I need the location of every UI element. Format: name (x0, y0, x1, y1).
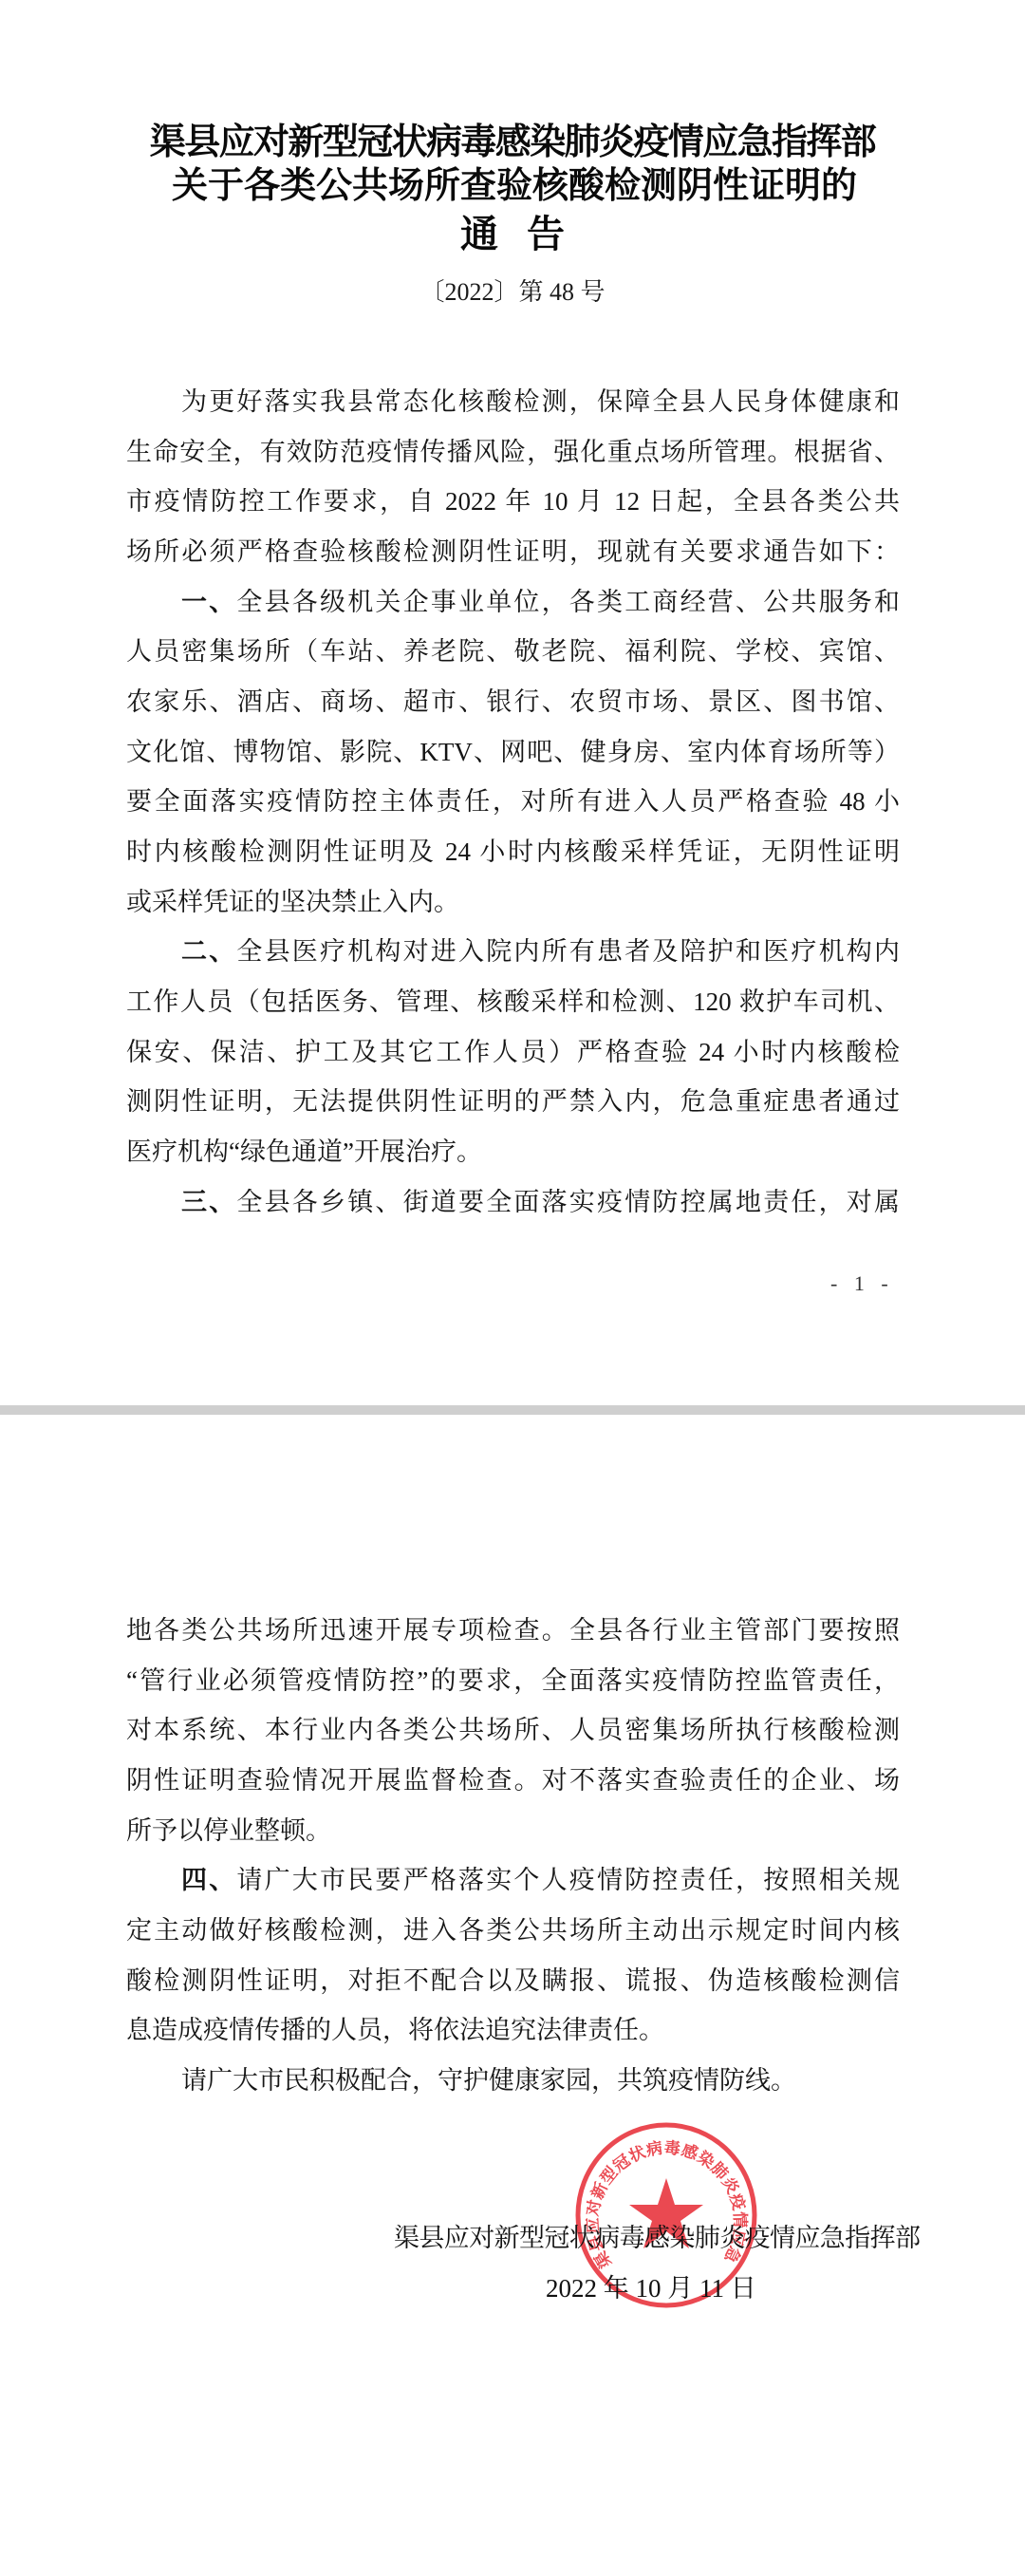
body-line: 时内核酸检测阴性证明及 24 小时内核酸采样凭证，无阴性证明 (126, 835, 900, 869)
page-number: - 1 - (830, 1270, 894, 1297)
body-text: 人员密集场所（车站、养老院、敬老院、福利院、学校、宾馆、 (126, 637, 900, 666)
body-line: 文化馆、博物馆、影院、KTV、网吧、健身房、室内体育场所等） (126, 735, 900, 769)
section-number: 一、 (181, 588, 236, 617)
body-line: 生命安全，有效防范疫情传播风险，强化重点场所管理。根据省、 (126, 435, 900, 469)
issue-date: 2022 年 10 月 11 日 (546, 2272, 756, 2304)
section-4-heading-line: 四、请广大市民要严格落实个人疫情防控责任，按照相关规 (181, 1863, 900, 1897)
title-line-1: 渠县应对新型冠状病毒感染肺炎疫情应急指挥部 (0, 122, 1025, 163)
body-line: 人员密集场所（车站、养老院、敬老院、福利院、学校、宾馆、 (126, 634, 900, 668)
body-text: 生命安全，有效防范疫情传播风险，强化重点场所管理。根据省、 (126, 438, 900, 466)
body-text: 全县医疗机构对进入院内所有患者及陪护和医疗机构内 (236, 937, 900, 966)
body-line: 市疫情防控工作要求，自 2022 年 10 月 12 日起，全县各类公共 (126, 484, 900, 518)
page-separator (0, 1405, 1025, 1415)
body-text: 农家乐、酒店、商场、超市、银行、农贸市场、景区、图书馆、 (126, 687, 900, 716)
body-text: 所予以停业整顿。 (126, 1816, 331, 1845)
body-line: 所予以停业整顿。 (126, 1814, 900, 1848)
body-line: 测阴性证明，无法提供阴性证明的严禁入内，危急重症患者通过 (126, 1084, 900, 1119)
body-text: 全县各乡镇、街道要全面落实疫情防控属地责任，对属 (236, 1188, 900, 1216)
body-line: 阴性证明查验情况开展监督检查。对不落实查验责任的企业、场 (126, 1763, 900, 1797)
body-text: 市疫情防控工作要求，自 2022 年 10 月 12 日起，全县各类公共 (126, 487, 900, 516)
body-text: 阴性证明查验情况开展监督检查。对不落实查验责任的企业、场 (126, 1766, 900, 1795)
body-text: 息造成疫情传播的人员，将依法追究法律责任。 (126, 2016, 664, 2044)
body-text: 场所必须严格查验核酸检测阴性证明，现就有关要求通告如下： (126, 537, 900, 566)
body-line: 酸检测阴性证明，对拒不配合以及瞒报、谎报、伪造核酸检测信 (126, 1964, 900, 1998)
body-text: 保安、保洁、护工及其它工作人员）严格查验 24 小时内核酸检 (126, 1038, 900, 1066)
body-line: 医疗机构“绿色通道”开展治疗。 (126, 1135, 900, 1169)
section-number: 二、 (181, 937, 236, 967)
section-1-heading-line: 一、全县各级机关企事业单位，各类工商经营、公共服务和 (181, 585, 900, 619)
section-number: 三、 (181, 1188, 236, 1217)
body-text: 定主动做好核酸检测，进入各类公共场所主动出示规定时间内核 (126, 1916, 900, 1945)
body-line: 息造成疫情传播的人员，将依法追究法律责任。 (126, 2013, 900, 2047)
title-line-3: 通告 (0, 214, 1025, 255)
body-text: 工作人员（包括医务、管理、核酸采样和检测、120 救护车司机、 (126, 987, 900, 1016)
body-text: 测阴性证明，无法提供阴性证明的严禁入内，危急重症患者通过 (126, 1087, 900, 1116)
section-2-heading-line: 二、全县医疗机构对进入院内所有患者及陪护和医疗机构内 (181, 934, 900, 968)
closing-line: 请广大市民积极配合，守护健康家园，共筑疫情防线。 (181, 2063, 900, 2097)
body-line: “管行业必须管疫情防控”的要求，全面落实疫情防控监管责任， (126, 1664, 900, 1698)
document-number: 〔2022〕第 48 号 (0, 277, 1025, 308)
body-text: 文化馆、博物馆、影院、KTV、网吧、健身房、室内体育场所等） (126, 738, 900, 766)
body-text: 要全面落实疫情防控主体责任，对所有进入人员严格查验 48 小 (126, 787, 900, 816)
body-text: 为更好落实我县常态化核酸检测，保障全县人民身体健康和 (181, 387, 900, 416)
body-line: 工作人员（包括医务、管理、核酸采样和检测、120 救护车司机、 (126, 985, 900, 1019)
body-line: 农家乐、酒店、商场、超市、银行、农贸市场、景区、图书馆、 (126, 685, 900, 719)
body-text: 或采样凭证的坚决禁止入内。 (126, 888, 459, 916)
body-text: 请广大市民要严格落实个人疫情防控责任，按照相关规 (236, 1866, 900, 1894)
body-line: 定主动做好核酸检测，进入各类公共场所主动出示规定时间内核 (126, 1913, 900, 1947)
section-number: 四、 (181, 1866, 236, 1895)
body-line: 或采样凭证的坚决禁止入内。 (126, 885, 900, 919)
body-line: 为更好落实我县常态化核酸检测，保障全县人民身体健康和 (181, 385, 900, 419)
issuer-signature: 渠县应对新型冠状病毒感染肺炎疫情应急指挥部 (394, 2222, 920, 2254)
body-text: 全县各级机关企事业单位，各类工商经营、公共服务和 (236, 588, 900, 616)
body-line: 场所必须严格查验核酸检测阴性证明，现就有关要求通告如下： (126, 535, 900, 569)
body-text: 酸检测阴性证明，对拒不配合以及瞒报、谎报、伪造核酸检测信 (126, 1966, 900, 1995)
body-text: 请广大市民积极配合，守护健康家园，共筑疫情防线。 (181, 2066, 796, 2095)
title-line-2: 关于各类公共场所查验核酸检测阴性证明的 (0, 165, 1025, 207)
body-text: 时内核酸检测阴性证明及 24 小时内核酸采样凭证，无阴性证明 (126, 837, 900, 866)
body-text: “管行业必须管疫情防控”的要求，全面落实疫情防控监管责任， (126, 1666, 900, 1695)
body-line: 要全面落实疫情防控主体责任，对所有进入人员严格查验 48 小 (126, 784, 900, 818)
body-line: 保安、保洁、护工及其它工作人员）严格查验 24 小时内核酸检 (126, 1035, 900, 1069)
body-line: 对本系统、本行业内各类公共场所、人员密集场所执行核酸检测 (126, 1713, 900, 1747)
body-text: 地各类公共场所迅速开展专项检查。全县各行业主管部门要按照 (126, 1616, 900, 1645)
body-line: 地各类公共场所迅速开展专项检查。全县各行业主管部门要按照 (126, 1613, 900, 1647)
body-text: 对本系统、本行业内各类公共场所、人员密集场所执行核酸检测 (126, 1716, 900, 1744)
body-text: 医疗机构“绿色通道”开展治疗。 (126, 1138, 482, 1166)
document-page-2: 地各类公共场所迅速开展专项检查。全县各行业主管部门要按照 “管行业必须管疫情防控… (0, 1415, 1025, 2576)
section-3-heading-line: 三、全县各乡镇、街道要全面落实疫情防控属地责任，对属 (181, 1185, 900, 1219)
document-page-1: 渠县应对新型冠状病毒感染肺炎疫情应急指挥部 关于各类公共场所查验核酸检测阴性证明… (0, 0, 1025, 1405)
